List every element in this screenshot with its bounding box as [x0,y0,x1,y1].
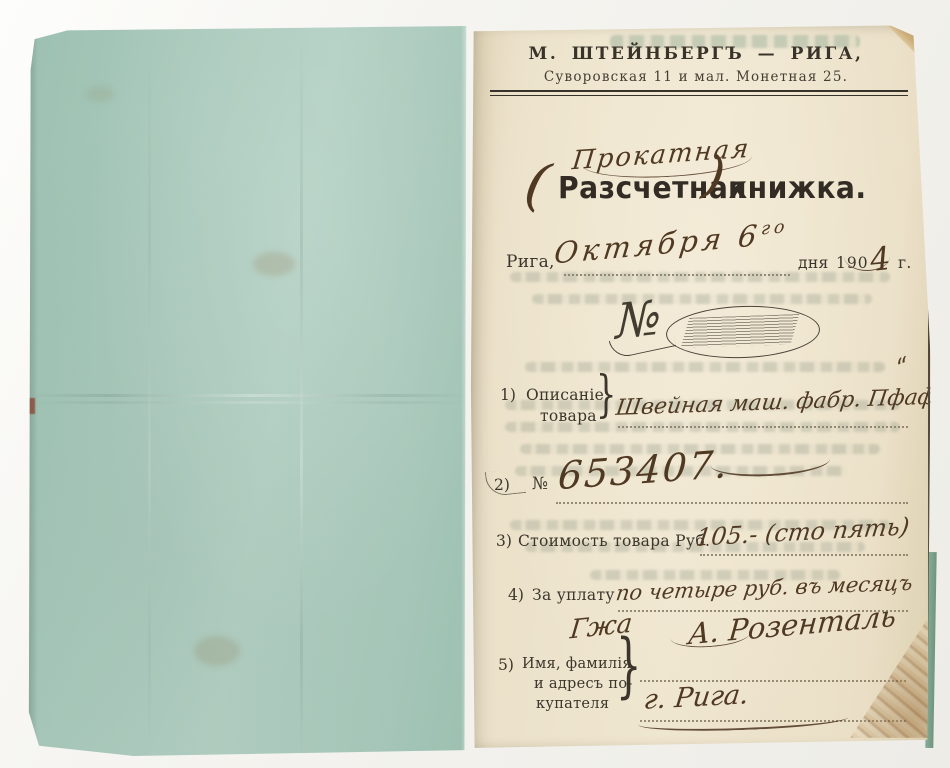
bleed-through-line [525,362,885,372]
vertical-crease [148,26,151,756]
business-name: М. ШТЕЙНБЕРГЪ — РИГА, [470,44,922,64]
horizontal-crease [28,394,468,397]
item-1-label-line1: Описаніе [526,386,604,404]
item-5-label-line3: купателя [536,696,609,712]
item-2-dotted-line [556,502,908,504]
right-form-page: М. ШТЕЙНБЕРГЪ — РИГА, Суворовская 11 и м… [470,24,932,750]
item-3-dotted-line [700,554,908,556]
item-4-label: За уплату [532,586,615,604]
business-address: Суворовская 11 и мал. Монетная 25. [470,69,922,85]
day-label: дня [798,254,829,272]
edge-mark [28,398,35,414]
item-1-number: 1) [500,386,516,404]
item-2-label: № [532,474,548,494]
item-1-dotted-line [618,426,908,428]
year-underline [844,242,890,271]
year-suffix: г. [898,254,912,272]
stain [253,252,295,276]
date-dotted-line [564,274,790,276]
printed-title-word-2: книжка. [728,171,867,206]
item-3-handwritten-value: 105.- (сто пять) [694,512,911,551]
item-5-brace: } [616,631,641,701]
numero-hatch-lines [681,314,800,348]
city-label: Рига, [506,252,555,272]
header-double-rule [490,90,908,96]
item-3-number: 3) [496,532,512,550]
item-1-label-line2: товара [540,407,597,425]
margin-ditto-mark: „ [894,353,915,384]
horizontal-crease [28,401,468,404]
scanned-booklet: М. ШТЕЙНБЕРГЪ — РИГА, Суворовская 11 и м… [0,0,950,768]
item-5-dotted-line-1 [640,680,906,682]
item-5-handwritten-city: г. Рига. [642,679,750,716]
vertical-crease [300,26,303,756]
stain [86,86,114,102]
stain [194,636,240,666]
handwritten-paren-open: ( [519,148,555,219]
worn-bottom-right-corner [850,618,928,738]
left-cover-page [28,26,468,756]
item-3-label: Стоимость товара Руб. [518,532,710,550]
handwritten-date: Октября 6го [552,216,790,271]
item-1-handwritten-value: Швейная маш. фабр. Пфафъ [614,384,950,421]
item-4-number: 4) [508,586,524,604]
bleed-through-line [532,294,872,304]
item-5-handwritten-name: А. Розенталь [687,599,898,652]
item-5-number: 5) [498,656,514,674]
item-2-flourish-curve [485,468,526,497]
numero-oval [665,303,821,360]
item-1-brace: } [596,369,616,419]
